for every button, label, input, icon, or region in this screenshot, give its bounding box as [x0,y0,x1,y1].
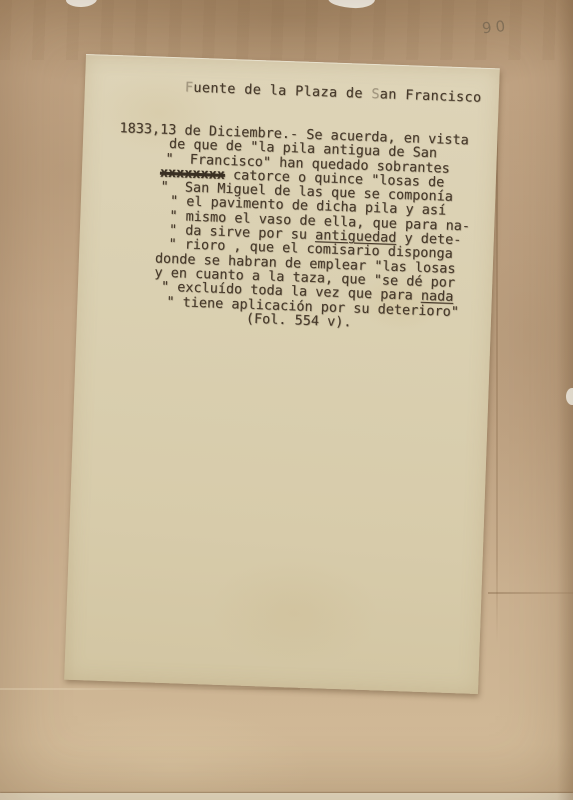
board-bottom-edge [0,793,573,800]
board-lower-crease [0,688,300,690]
board-horizontal-crease [488,592,573,594]
pencil-page-number: 90 [481,17,510,38]
typed-sheet: Fuente de la Plaza de San Francisco 1833… [64,54,500,694]
paper-tear-right-edge [566,388,573,405]
scanned-document-page: 90 Fuente de la Plaza de San Francisco 1… [0,0,573,800]
typed-text-block: 1833,13 de Diciembre.- Se acuerda, en vi… [77,120,498,334]
text-segment: (Fol. 554 v). [246,311,352,331]
text-segment-faded: F [185,79,194,95]
document-title: Fuente de la Plaza de San Francisco [185,79,482,105]
text-segment: uente de la Plaza de [193,80,371,102]
text-segment-faded: S [371,86,380,102]
text-segment: an Francisco [380,86,482,106]
board-bottom-band [0,692,573,792]
